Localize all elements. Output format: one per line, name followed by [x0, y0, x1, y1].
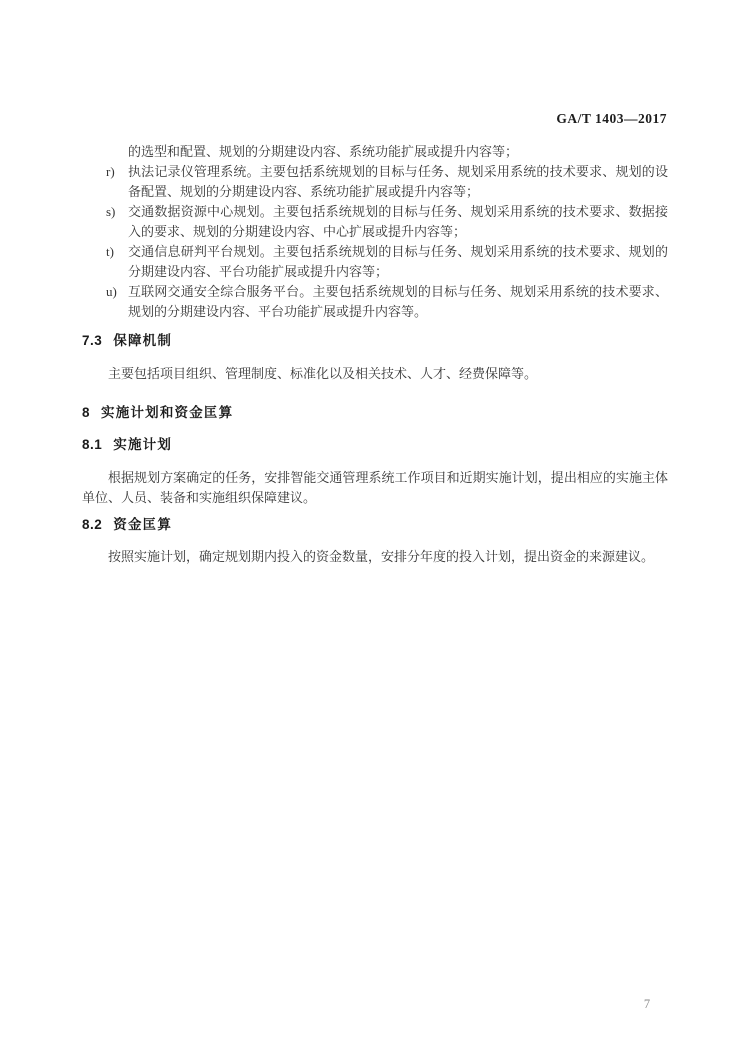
section-number: 8.1: [82, 437, 102, 452]
list-item-s: s) 交通数据资源中心规划。主要包括系统规划的目标与任务、规划采用系统的技术要求…: [82, 202, 668, 242]
page-number: 7: [637, 997, 657, 1012]
chapter-heading-8: 8实施计划和资金匡算: [82, 404, 668, 422]
section-paragraph-7-3: 主要包括项目组织、管理制度、标准化以及相关技术、人才、经费保障等。: [82, 364, 668, 384]
list-item-u: u) 互联网交通安全综合服务平台。主要包括系统规划的目标与任务、规划采用系统的技…: [82, 282, 668, 322]
list-marker: s): [106, 202, 128, 242]
list-continuation-line: 的选型和配置、规划的分期建设内容、系统功能扩展或提升内容等；: [128, 142, 668, 162]
list-item-text: 执法记录仪管理系统。主要包括系统规划的目标与任务、规划采用系统的技术要求、规划的…: [128, 162, 668, 202]
list-marker: r): [106, 162, 128, 202]
list-item-text: 互联网交通安全综合服务平台。主要包括系统规划的目标与任务、规划采用系统的技术要求…: [128, 282, 668, 322]
section-title: 实施计划和资金匡算: [101, 405, 233, 420]
standard-code: GA/T 1403—2017: [556, 111, 667, 127]
section-paragraph-8-1: 根据规划方案确定的任务，安排智能交通管理系统工作项目和近期实施计划，提出相应的实…: [82, 468, 668, 508]
list-marker: u): [106, 282, 128, 322]
document-content: 的选型和配置、规划的分期建设内容、系统功能扩展或提升内容等； r) 执法记录仪管…: [82, 142, 668, 567]
section-heading-8-2: 8.2资金匡算: [82, 516, 668, 534]
document-page: GA/T 1403—2017 的选型和配置、规划的分期建设内容、系统功能扩展或提…: [0, 0, 750, 1060]
list-marker: t): [106, 242, 128, 282]
section-heading-7-3: 7.3保障机制: [82, 332, 668, 350]
section-number: 7.3: [82, 333, 102, 348]
list-item-r: r) 执法记录仪管理系统。主要包括系统规划的目标与任务、规划采用系统的技术要求、…: [82, 162, 668, 202]
section-heading-8-1: 8.1实施计划: [82, 436, 668, 454]
list-item-t: t) 交通信息研判平台规划。主要包括系统规划的目标与任务、规划采用系统的技术要求…: [82, 242, 668, 282]
section-title: 资金匡算: [113, 517, 172, 532]
section-number: 8.2: [82, 517, 102, 532]
list-item-text: 交通信息研判平台规划。主要包括系统规划的目标与任务、规划采用系统的技术要求、规划…: [128, 242, 668, 282]
section-paragraph-8-2: 按照实施计划，确定规划期内投入的资金数量，安排分年度的投入计划，提出资金的来源建…: [82, 547, 668, 567]
section-title: 实施计划: [113, 437, 172, 452]
section-number: 8: [82, 405, 90, 420]
list-item-text: 交通数据资源中心规划。主要包括系统规划的目标与任务、规划采用系统的技术要求、数据…: [128, 202, 668, 242]
section-title: 保障机制: [113, 333, 172, 348]
